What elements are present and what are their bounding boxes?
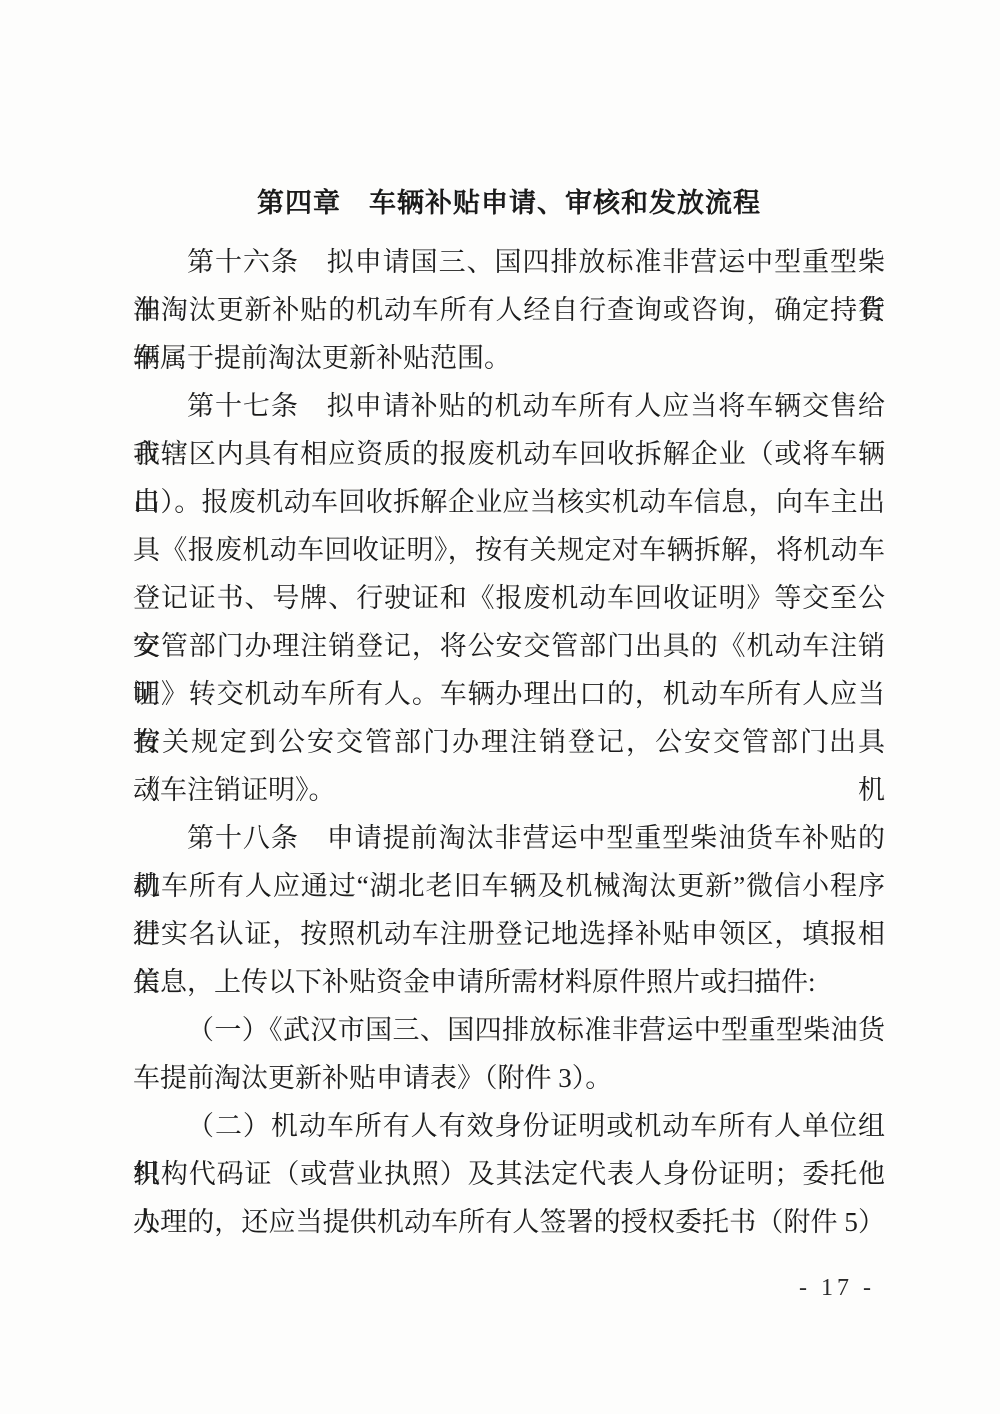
text-line: 辆属于提前淘汰更新补贴范围。 [133,334,885,382]
text-line: 明》转交机动车所有人。车辆办理出口的，机动车所有人应当按 [133,670,885,718]
text-line: 口）。报废机动车回收拆解企业应当核实机动车信息，向车主出 [133,478,885,526]
body-text: 第十六条 拟申请国三、国四排放标准非营运中型重型柴油货 车淘汰更新补贴的机动车所… [133,238,885,1246]
text-line: 登记证书、号牌、行驶证和《报废机动车回收证明》等交至公安 [133,574,885,622]
text-line: （一）《武汉市国三、国四排放标准非营运中型重型柴油货 [133,1006,885,1054]
text-line: 车提前淘汰更新补贴申请表》（附件 3）。 [133,1054,885,1102]
text-line: 行实名认证，按照机动车注册登记地选择补贴申领区，填报相关 [133,910,885,958]
text-line: 动车所有人应通过“湖北老旧车辆及机械淘汰更新”微信小程序进 [133,862,885,910]
text-line: 交管部门办理注销登记，将公安交管部门出具的《机动车注销证 [133,622,885,670]
text-line: 有关规定到公安交管部门办理注销登记，公安交管部门出具《机 [133,718,885,766]
text-line: 第十七条 拟申请补贴的机动车所有人应当将车辆交售给我 [133,382,885,430]
text-line: 车淘汰更新补贴的机动车所有人经自行查询或咨询，确定持有车 [133,286,885,334]
document-page: 第四章 车辆补贴申请、审核和发放流程 第十六条 拟申请国三、国四排放标准非营运中… [0,0,1000,1414]
text-line: 第十八条 申请提前淘汰非营运中型重型柴油货车补贴的机 [133,814,885,862]
text-line: 市辖区内具有相应资质的报废机动车回收拆解企业（或将车辆出 [133,430,885,478]
text-line: 机构代码证（或营业执照）及其法定代表人身份证明；委托他人 [133,1150,885,1198]
text-line: 办理的，还应当提供机动车所有人签署的授权委托书（附件 5） [133,1198,885,1246]
text-line: 第十六条 拟申请国三、国四排放标准非营运中型重型柴油货 [133,238,885,286]
text-line: （二）机动车所有人有效身份证明或机动车所有人单位组织 [133,1102,885,1150]
chapter-title: 第四章 车辆补贴申请、审核和发放流程 [133,183,885,223]
page-number: - 17 - [133,1272,885,1304]
text-line: 具《报废机动车回收证明》，按有关规定对车辆拆解，将机动车 [133,526,885,574]
text-line: 信息，上传以下补贴资金申请所需材料原件照片或扫描件: [133,958,885,1006]
